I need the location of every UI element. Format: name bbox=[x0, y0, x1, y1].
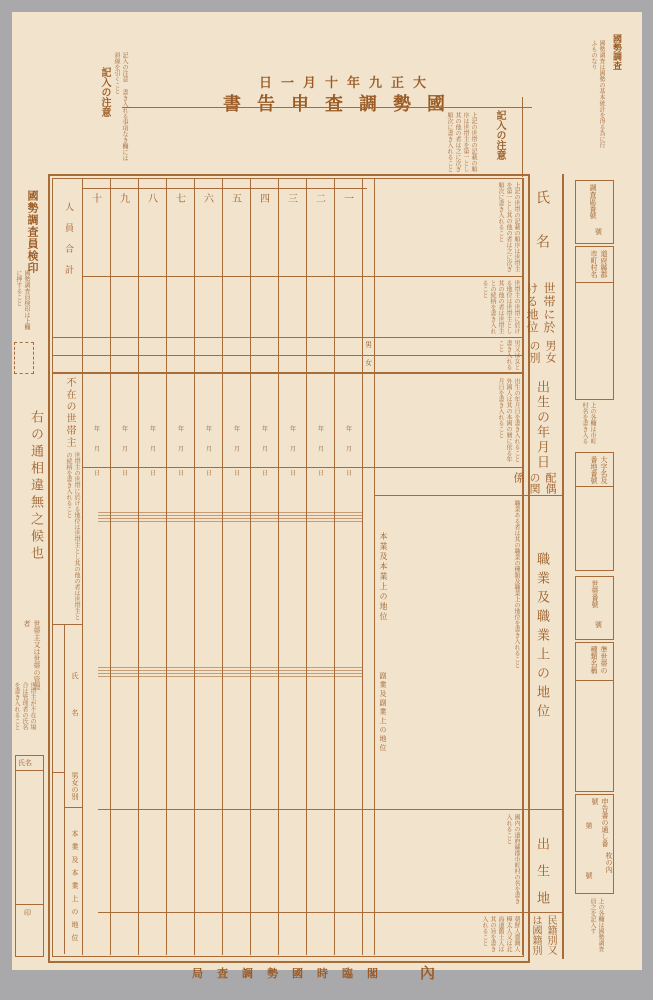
col-num-6: 六 bbox=[196, 190, 222, 205]
section-label: 大字名及番地番號 bbox=[579, 456, 609, 486]
absent-head-note: 世帯主の世帯に於ける地位は世帯主とし其の他の者は世帯主との続柄を書き入れること bbox=[56, 452, 80, 622]
instruction-birthplace: 國内の道府縣郡市町村の名を書き入れること bbox=[392, 814, 520, 909]
return-number-mid: 第 bbox=[584, 822, 594, 829]
col-num-3: 三 bbox=[280, 190, 306, 205]
instruction-nationality: 朝鮮人臺灣人樺太人又は北海道舊土人は其の旨を書き入れること bbox=[392, 916, 520, 954]
absent-sex-label: 男女の別 bbox=[70, 772, 80, 800]
instruction-occupation: 職業ある者は其の職業の種類及職業上の地位を書き入れること bbox=[392, 500, 520, 800]
household-number-suffix: 號 bbox=[595, 620, 602, 630]
footer-issuer-left: 內 bbox=[420, 962, 435, 983]
secondary-occupation-sub: 副業及副業上の地位 bbox=[378, 672, 388, 753]
instruction-sex: 男又は女と書き入れること bbox=[380, 340, 520, 370]
date-line: 大正九年十月一日 bbox=[237, 72, 457, 91]
total-persons-label: 人員合計 bbox=[62, 202, 75, 286]
sex-female-label: 女 bbox=[365, 358, 372, 368]
col-num-1: 一 bbox=[336, 190, 362, 205]
header-notes-text: 上記の世帯の記載の順序は世帯主を第一とし其の他の者は之に次ぎ順次に書き入れること bbox=[127, 112, 477, 172]
col-num-7: 七 bbox=[168, 190, 194, 205]
sheet-suffix: 號 bbox=[584, 872, 594, 879]
seal-box-label: 印 bbox=[24, 908, 31, 918]
col-num-4: 四 bbox=[252, 190, 278, 205]
inspector-seal-label: 國勢調査員検印 bbox=[24, 190, 40, 274]
col-num-5: 五 bbox=[224, 190, 250, 205]
row-header-birthplace: 出生地 bbox=[532, 837, 551, 918]
name-input-area[interactable] bbox=[16, 772, 41, 902]
notes-heading: 記入の注意 bbox=[97, 67, 112, 117]
household-type-label: 準世帯の種類名稱 bbox=[579, 646, 609, 680]
return-number-label: 申告書の通し番號 bbox=[596, 798, 610, 848]
name-box-label: 氏名 bbox=[18, 758, 32, 768]
row-header-sex: 男女の別 bbox=[524, 340, 558, 370]
top-right-text: 國勢調査は國勢の基本統計を得る為に行ふものなり bbox=[540, 40, 605, 150]
absent-occupation-label: 本業及本業上の地位 bbox=[70, 830, 80, 947]
absent-name-label: 氏名 bbox=[70, 672, 80, 746]
row-header-birth-date: 出生の年月日 bbox=[532, 380, 551, 470]
bottom-right-note: 上の各欄は國勢調査員之を記入す bbox=[588, 898, 604, 954]
sex-male-label: 男 bbox=[365, 340, 372, 350]
instruction-household-position: 世帯主の世帯に於ける地位は世帯主とし其の他の者は世帯主との続柄を書き入れること bbox=[380, 280, 520, 335]
row-header-name: 氏名 bbox=[532, 190, 552, 278]
notes-heading-right: 記入の注意 bbox=[492, 110, 507, 160]
census-form-sheet: 記入の注意 書き入れる事項なき欄には斜線を引くこと 記入の注意 大正九年十月一日… bbox=[12, 12, 642, 970]
row-header-nationality: 民籍別又は國籍別 bbox=[524, 915, 558, 955]
sheet-count-label: 枚の內 bbox=[604, 852, 614, 873]
household-head-subnote: 世帯主が不在の場合は管理者の氏名を書き入れること bbox=[12, 682, 36, 732]
inspector-seal-box[interactable] bbox=[14, 342, 34, 374]
col-num-8: 八 bbox=[140, 190, 166, 205]
survey-district-suffix: 號 bbox=[595, 227, 602, 237]
inspector-seal-note: 國勢調査員検印は上欄に押すること bbox=[14, 270, 30, 330]
top-right-heading: 國勢調査 bbox=[610, 34, 623, 70]
instruction-birth-date: 出生の年月日を書き入れること外國人は其の本國の暦に依る年月日を書き入れること bbox=[392, 378, 520, 466]
certification-text: 右の通相違無之候也 bbox=[26, 410, 45, 563]
row-header-occupation: 職業及職業上の地位 bbox=[532, 552, 551, 723]
row-header-household-position: 世帯に於ける地位 bbox=[524, 282, 558, 334]
col-num-10: 十 bbox=[84, 190, 110, 205]
household-number-label: 世帯番號 bbox=[590, 580, 600, 608]
row-header-marital: 配偶の関係 bbox=[524, 472, 558, 496]
municipality-label: 道府縣郡市町村名 bbox=[579, 250, 609, 280]
instruction-name: 上記の世帯の記載の順序は世帯主を第一とし其の他の者は之に次ぎ順次に書き入れること bbox=[380, 182, 520, 272]
survey-district-label: 調査區番號 bbox=[588, 184, 598, 219]
footer-issuer: 閣臨時國勢調査局 bbox=[162, 965, 392, 981]
municipality-note: 上の各欄は市町村名を書き入る bbox=[580, 402, 596, 444]
secondary-occupation-label: 本業及本業上の地位 bbox=[378, 532, 389, 622]
seal-input-area[interactable] bbox=[16, 919, 41, 954]
col-num-2: 二 bbox=[308, 190, 334, 205]
col-num-9: 九 bbox=[112, 190, 138, 205]
absent-head-label: 不在の世帯主 bbox=[62, 377, 77, 449]
